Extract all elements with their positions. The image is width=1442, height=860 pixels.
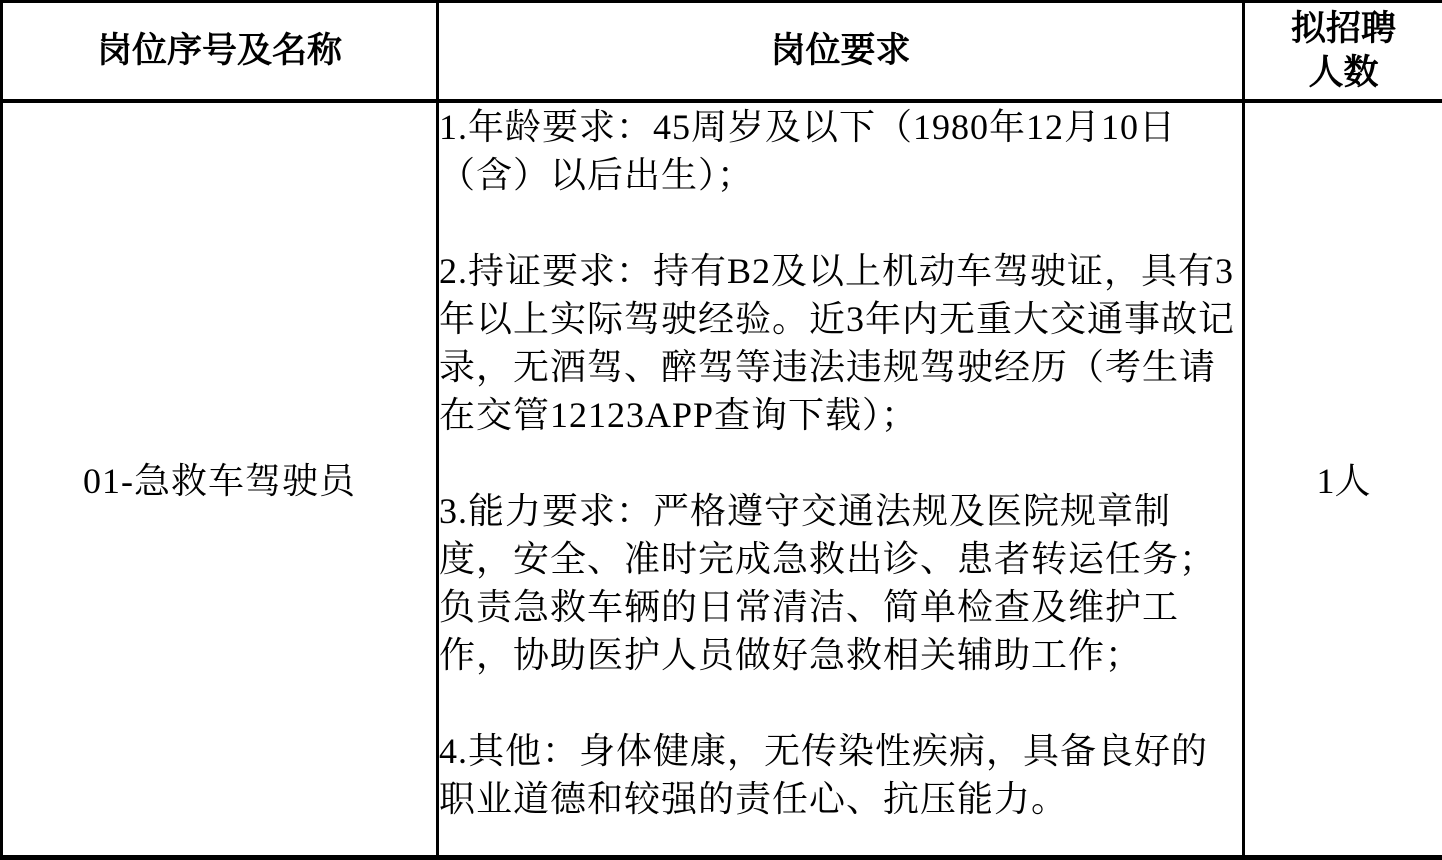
document-page: 岗位序号及名称 岗位要求 拟招聘 人数 01-急救车驾驶员 1.年龄要求：45周… [0, 0, 1442, 860]
requirement-item-license: 2.持证要求：持有B2及以上机动车驾驶证，具有3年以上实际驾驶经验。近3年内无重… [439, 247, 1242, 439]
cell-position-name: 01-急救车驾驶员 [2, 101, 438, 858]
cell-headcount: 1人 [1244, 101, 1442, 858]
header-position-requirements: 岗位要求 [438, 2, 1244, 101]
requirement-item-age: 1.年龄要求：45周岁及以下（1980年12月10日（含）以后出生）； [439, 103, 1242, 199]
table-header-row: 岗位序号及名称 岗位要求 拟招聘 人数 [2, 2, 1442, 101]
cell-requirements: 1.年龄要求：45周岁及以下（1980年12月10日（含）以后出生）； 2.持证… [438, 101, 1244, 858]
header-position-number-name: 岗位序号及名称 [2, 2, 438, 101]
recruitment-table: 岗位序号及名称 岗位要求 拟招聘 人数 01-急救车驾驶员 1.年龄要求：45周… [0, 0, 1442, 860]
table-row: 01-急救车驾驶员 1.年龄要求：45周岁及以下（1980年12月10日（含）以… [2, 101, 1442, 858]
requirement-item-other: 4.其他：身体健康，无传染性疾病，具备良好的职业道德和较强的责任心、抗压能力。 [439, 727, 1242, 823]
header-planned-headcount: 拟招聘 人数 [1244, 2, 1442, 101]
requirement-item-ability: 3.能力要求：严格遵守交通法规及医院规章制度，安全、准时完成急救出诊、患者转运任… [439, 487, 1242, 679]
